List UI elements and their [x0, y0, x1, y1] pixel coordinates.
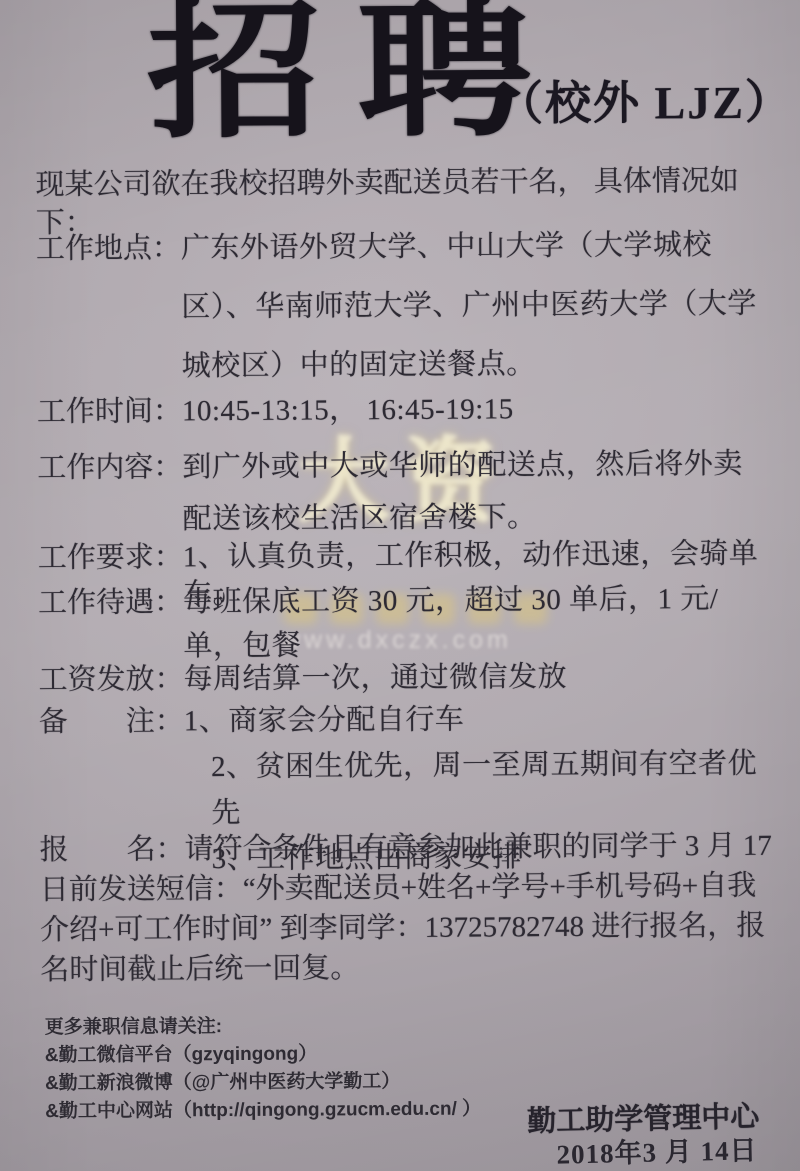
row-payout: 工资发放： 每周结算一次，通过微信发放: [38, 658, 770, 699]
note-line: 1、商家会分配自行车: [184, 695, 771, 745]
row-location-label: 工作地点：: [36, 219, 182, 397]
footer-follow-heading: 更多兼职信息请关注:: [45, 1012, 481, 1043]
row-location-value: 广东外语外贸大学、中山大学（大学城校区）、华南师范大学、广州中医药大学（大学城校…: [181, 216, 769, 397]
row-pay-value: 每班保底工资 30 元，超过 30 单后，1 元/单，包餐: [183, 577, 771, 669]
signup-label: 报 名：: [40, 833, 185, 866]
row-pay: 工作待遇： 每班保底工资 30 元，超过 30 单后，1 元/单，包餐: [38, 577, 771, 669]
poster-title-suffix: （校外 LJZ）: [497, 66, 793, 134]
row-content-value: 到广外或中大或华师的配送点，然后将外卖配送该校生活区宿舍楼下。: [182, 438, 770, 546]
row-payout-value: 每周结算一次，通过微信发放: [183, 658, 770, 699]
note-line: 2、贫困生优先，周一至周五期间有空者优先: [184, 741, 772, 837]
footer-channel-website: &勤工中心网站（http://qingong.gzucm.edu.cn/ ）: [45, 1096, 481, 1127]
row-hours-label: 工作时间：: [37, 393, 182, 431]
row-payout-label: 工资发放：: [38, 661, 183, 699]
footer-channel-weibo: &勤工新浪微博（@广州中医药大学勤工）: [45, 1068, 481, 1099]
row-content-label: 工作内容：: [37, 441, 183, 546]
footer-follow-block: 更多兼职信息请关注: &勤工微信平台（gzyqingong） &勤工新浪微博（@…: [45, 1012, 482, 1127]
poster-photo: 大资 www.dxczx.com 招聘 （校外 LJZ） 现某公司欲在我校招聘外…: [0, 0, 800, 1171]
footer-channel-wechat: &勤工微信平台（gzyqingong）: [45, 1040, 481, 1071]
signup-paragraph: 报 名：请符合条件且有意参加此兼职的同学于 3 月 17 日前发送短信：“外卖配…: [39, 826, 776, 990]
row-hours: 工作时间： 10:45-13:15， 16:45-19:15: [37, 390, 769, 431]
row-content: 工作内容： 到广外或中大或华师的配送点，然后将外卖配送该校生活区宿舍楼下。: [37, 438, 770, 546]
row-hours-value: 10:45-13:15， 16:45-19:15: [182, 390, 769, 431]
row-location: 工作地点： 广东外语外贸大学、中山大学（大学城校区）、华南师范大学、广州中医药大…: [36, 216, 769, 397]
signature-date: 2018年3 月 14日: [556, 1128, 758, 1171]
row-pay-label: 工作待遇：: [38, 580, 184, 669]
